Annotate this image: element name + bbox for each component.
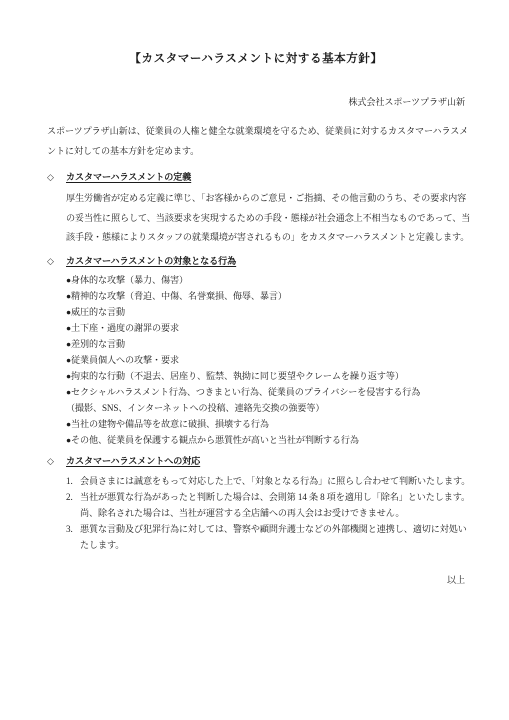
- item-number: 1.: [66, 473, 80, 489]
- intro-line: ントに対しての基本方針を定めます。: [47, 142, 465, 162]
- bullet-item: ●その他、従業員を保護する観点から悪質性が高いと当社が判断する行為: [66, 432, 465, 448]
- bullet-text: 差別的な言動: [71, 339, 125, 349]
- diamond-marker-icon: ◇: [47, 254, 66, 269]
- section-response: ◇カスタマーハラスメントへの対応 1. 会員さまには誠意をもって対応した上で、「…: [47, 454, 465, 553]
- bullet-text: その他、従業員を保護する観点から悪質性が高いと当社が判断する行為: [71, 435, 359, 445]
- bullet-text: 拘束的な行動（不退去、居座り、監禁、執拗に同じ要望やクレームを繰り返す等）: [71, 371, 404, 381]
- section-heading: ◇カスタマーハラスメントの対象となる行為: [47, 254, 465, 269]
- bullet-text: 威圧的な言動: [71, 307, 125, 317]
- section-body: 厚生労働省が定める定義に準じ、「お客様からのご意見・ご指摘、その他言動のうち、そ…: [47, 189, 465, 248]
- diamond-marker-icon: ◇: [47, 454, 66, 469]
- section-target-behaviors: ◇カスタマーハラスメントの対象となる行為 ●身体的な攻撃（暴力、傷害） ●精神的…: [47, 254, 465, 448]
- diamond-marker-icon: ◇: [47, 170, 66, 185]
- body-line: の妥当性に照らして、当該要求を実現するための手段・態様が社会通念上不相当なもので…: [66, 209, 465, 229]
- section-definition: ◇カスタマーハラスメントの定義 厚生労働省が定める定義に準じ、「お客様からのご意…: [47, 170, 465, 248]
- bullet-text: 身体的な攻撃（暴力、傷害）: [71, 275, 188, 285]
- item-text: 会員さまには誠意をもって対応した上で、「対象となる行為」に照らし合わせて判断いた…: [80, 473, 470, 489]
- bullet-item: ●拘束的な行動（不退去、居座り、監禁、執拗に同じ要望やクレームを繰り返す等）: [66, 368, 465, 384]
- numbered-list: 1. 会員さまには誠意をもって対応した上で、「対象となる行為」に照らし合わせて判…: [47, 473, 465, 553]
- item-line: たします。: [80, 537, 467, 553]
- section-heading: ◇カスタマーハラスメントの定義: [47, 170, 465, 185]
- bullet-text: 精神的な攻撃（脅迫、中傷、名誉棄損、侮辱、暴言）: [71, 291, 287, 301]
- section-heading-text: カスタマーハラスメントの対象となる行為: [66, 256, 236, 266]
- bullet-item: ●従業員個人への攻撃・要求: [66, 352, 465, 368]
- numbered-item: 2. 当社が悪質な行為があったと判断した場合は、会則第 14 条 8 項を適用し…: [66, 489, 465, 521]
- item-line: 会員さまには誠意をもって対応した上で、「対象となる行為」に照らし合わせて判断いた…: [80, 473, 470, 489]
- bullet-item-continuation: （撮影、SNS、インターネットへの投稿、連絡先交換の強要等）: [66, 400, 465, 416]
- bullet-text: （撮影、SNS、インターネットへの投稿、連絡先交換の強要等）: [66, 403, 324, 413]
- bullet-item: ●威圧的な言動: [66, 304, 465, 320]
- intro-paragraph: スポーツプラザ山新は、従業員の人権と健全な就業環境を守るため、従業員に対するカス…: [47, 122, 465, 161]
- body-line: 厚生労働省が定める定義に準じ、「お客様からのご意見・ご指摘、その他言動のうち、そ…: [66, 189, 465, 209]
- item-text: 悪質な言動及び犯罪行為に対しては、警察や顧問弁護士などの外部機関と連携し、適切に…: [80, 521, 467, 553]
- bullet-text: 従業員個人への攻撃・要求: [71, 355, 179, 365]
- bullet-item: ●差別的な言動: [66, 336, 465, 352]
- section-heading: ◇カスタマーハラスメントへの対応: [47, 454, 465, 469]
- bullet-item: ●セクシャルハラスメント行為、つきまとい行為、従業員のプライバシーを侵害する行為: [66, 384, 465, 400]
- closing-text: 以上: [47, 573, 465, 587]
- bullet-text: 当社の建物や備品等を故意に破損、損壊する行為: [71, 419, 269, 429]
- numbered-item: 1. 会員さまには誠意をもって対応した上で、「対象となる行為」に照らし合わせて判…: [66, 473, 465, 489]
- item-text: 当社が悪質な行為があったと判断した場合は、会則第 14 条 8 項を適用し「除名…: [80, 489, 470, 521]
- bullet-list: ●身体的な攻撃（暴力、傷害） ●精神的な攻撃（脅迫、中傷、名誉棄損、侮辱、暴言）…: [47, 272, 465, 448]
- numbered-item: 3. 悪質な言動及び犯罪行為に対しては、警察や顧問弁護士などの外部機関と連携し、…: [66, 521, 465, 553]
- bullet-item: ●土下座・過度の謝罪の要求: [66, 320, 465, 336]
- item-number: 3.: [66, 521, 80, 553]
- body-line: 該手段・態様によりスタッフの就業環境が害されるもの」をカスタマーハラスメントと定…: [66, 228, 465, 248]
- company-name: 株式会社スポーツプラザ山新: [47, 96, 465, 109]
- bullet-text: セクシャルハラスメント行為、つきまとい行為、従業員のプライバシーを侵害する行為: [71, 387, 420, 397]
- section-heading-text: カスタマーハラスメントへの対応: [66, 456, 200, 466]
- bullet-item: ●身体的な攻撃（暴力、傷害）: [66, 272, 465, 288]
- section-heading-text: カスタマーハラスメントの定義: [66, 172, 191, 182]
- item-line: 尚、除名された場合は、当社が運営する全店舗への再入会はお受けできません。: [80, 505, 470, 521]
- bullet-item: ●精神的な攻撃（脅迫、中傷、名誉棄損、侮辱、暴言）: [66, 288, 465, 304]
- bullet-text: 土下座・過度の謝罪の要求: [71, 323, 179, 333]
- item-number: 2.: [66, 489, 80, 521]
- bullet-item: ●当社の建物や備品等を故意に破損、損壊する行為: [66, 416, 465, 432]
- item-line: 悪質な言動及び犯罪行為に対しては、警察や顧問弁護士などの外部機関と連携し、適切に…: [80, 521, 467, 537]
- document-page: 【カスタマーハラスメントに対する基本方針】 株式会社スポーツプラザ山新 スポーツ…: [0, 0, 509, 720]
- intro-line: スポーツプラザ山新は、従業員の人権と健全な就業環境を守るため、従業員に対するカス…: [47, 122, 465, 142]
- page-title: 【カスタマーハラスメントに対する基本方針】: [47, 50, 465, 66]
- item-line: 当社が悪質な行為があったと判断した場合は、会則第 14 条 8 項を適用し「除名…: [80, 489, 470, 505]
